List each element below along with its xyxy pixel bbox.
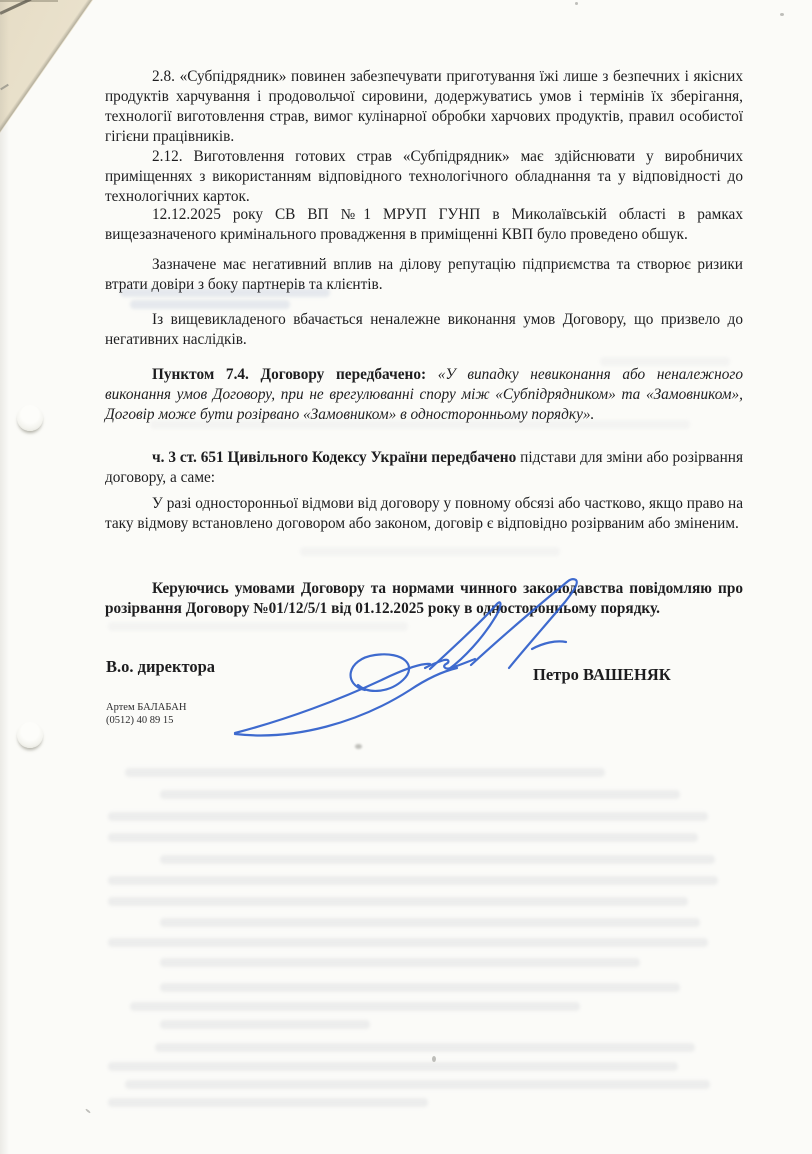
law-reference-lead: ч. 3 ст. 651 Цивільного Кодексу України …	[152, 449, 516, 466]
clause-7-4-paragraph: Пунктом 7.4. Договору передбачено: «У ви…	[105, 365, 743, 425]
punch-hole-top	[17, 405, 43, 431]
impact-paragraph: Зазначене має негативний вплив на ділову…	[105, 255, 743, 295]
signer-position-title: В.о. директора	[106, 657, 215, 677]
smudge-mark	[355, 744, 362, 749]
law-quote-paragraph: У разі односторонньої відмови від догово…	[105, 494, 743, 534]
left-edge-shade	[0, 0, 9, 1154]
dust-speck	[432, 1056, 436, 1062]
conclusion-paragraph: Із вищевикладеного вбачається неналежне …	[105, 310, 743, 350]
clause-2-12-paragraph: 2.12. Виготовлення готових страв «Субпід…	[105, 147, 743, 207]
handwritten-signature-ink	[225, 572, 585, 742]
contact-name: Артем БАЛАБАН	[106, 701, 186, 714]
law-reference-paragraph: ч. 3 ст. 651 Цивільного Кодексу України …	[105, 448, 743, 488]
punch-hole-bottom	[17, 722, 43, 748]
scanned-letter-page: { "palette": { "paper": "#fbfbf8", "scan…	[0, 0, 812, 1154]
dust-speck	[780, 13, 784, 16]
search-event-paragraph: 12.12.2025 року СВ ВП №1 МРУП ГУНП в Мик…	[105, 205, 743, 245]
clause-7-4-lead: Пунктом 7.4. Договору передбачено:	[152, 366, 426, 383]
contact-phone: (0512) 40 89 15	[106, 714, 186, 727]
contact-block: Артем БАЛАБАН (0512) 40 89 15	[106, 701, 186, 727]
scanner-bed-corner	[0, 0, 93, 133]
dust-speck	[575, 2, 578, 5]
clause-2-8-paragraph: 2.8. «Субпідрядник» повинен забезпечуват…	[105, 67, 743, 147]
dust-speck	[85, 1108, 91, 1113]
